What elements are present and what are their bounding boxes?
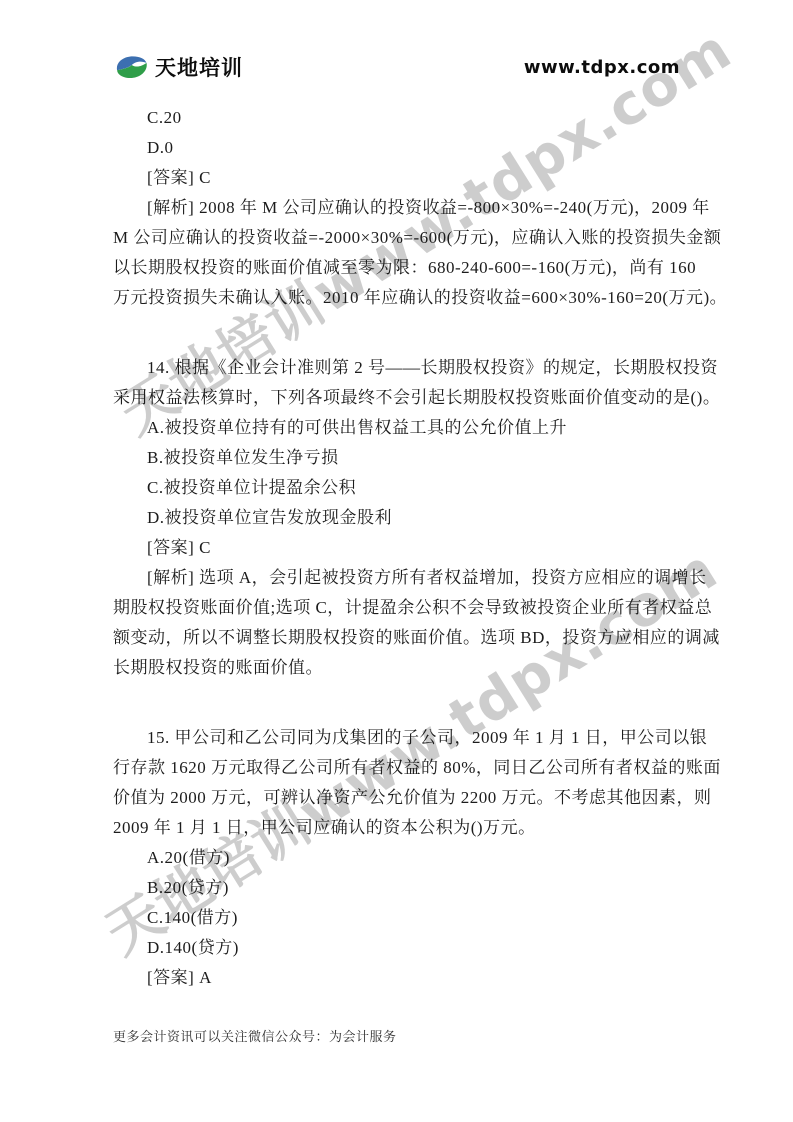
brand-name: 天地培训 <box>155 52 243 82</box>
document-lines: C.20D.0[答案] C[解析] 2008 年 M 公司应确认的投资收益=-8… <box>113 103 680 993</box>
text-line: D.140(贷方) <box>113 933 680 963</box>
footer-note: 更多会计资讯可以关注微信公众号：为会计服务 <box>113 1028 397 1046</box>
text-line: A.20(借方) <box>113 843 680 873</box>
text-line: D.被投资单位宣告发放现金股利 <box>113 503 680 533</box>
text-line: 15. 甲公司和乙公司同为戊集团的子公司，2009 年 1 月 1 日，甲公司以… <box>113 723 680 753</box>
website-url: www.tdpx.com <box>524 57 680 78</box>
text-line: A.被投资单位持有的可供出售权益工具的公允价值上升 <box>113 413 680 443</box>
text-line: M 公司应确认的投资收益=-2000×30%=-600(万元)，应确认入账的投资… <box>113 223 680 253</box>
brand-logo: 天地培训 <box>113 52 243 82</box>
text-line: 价值为 2000 万元，可辨认净资产公允价值为 2200 万元。不考虑其他因素，… <box>113 783 680 813</box>
text-line: C.被投资单位计提盈余公积 <box>113 473 680 503</box>
swirl-leaf-logo-icon <box>113 53 149 81</box>
text-line: 以长期股权投资的账面价值减至零为限：680-240-600=-160(万元)，尚… <box>113 253 680 283</box>
text-line: 万元投资损失未确认入账。2010 年应确认的投资收益=600×30%-160=2… <box>113 283 680 313</box>
document-page: 天地培训www.tdpx.com 天地培训www.tdpx.com 天地培训 w… <box>0 0 793 1122</box>
text-line: 2009 年 1 月 1 日，甲公司应确认的资本公积为()万元。 <box>113 813 680 843</box>
text-line: 额变动，所以不调整长期股权投资的账面价值。选项 BD，投资方应相应的调减 <box>113 623 680 653</box>
text-line: [解析] 选项 A，会引起被投资方所有者权益增加，投资方应相应的调增长 <box>113 563 680 593</box>
text-line: [答案] C <box>113 163 680 193</box>
text-line: B.20(贷方) <box>113 873 680 903</box>
text-line: D.0 <box>113 133 680 163</box>
text-line: 行存款 1620 万元取得乙公司所有者权益的 80%，同日乙公司所有者权益的账面 <box>113 753 680 783</box>
text-line: B.被投资单位发生净亏损 <box>113 443 680 473</box>
text-line: [答案] A <box>113 963 680 993</box>
text-line: 14. 根据《企业会计准则第 2 号——长期股权投资》的规定，长期股权投资 <box>113 353 680 383</box>
text-line: C.20 <box>113 103 680 133</box>
page-header: 天地培训 www.tdpx.com <box>113 50 680 84</box>
text-line: C.140(借方) <box>113 903 680 933</box>
text-line: 采用权益法核算时，下列各项最终不会引起长期股权投资账面价值变动的是()。 <box>113 383 680 413</box>
text-line: [答案] C <box>113 533 680 563</box>
text-line: [解析] 2008 年 M 公司应确认的投资收益=-800×30%=-240(万… <box>113 193 680 223</box>
text-line: 期股权投资账面价值;选项 C，计提盈余公积不会导致被投资企业所有者权益总 <box>113 593 680 623</box>
text-line: 长期股权投资的账面价值。 <box>113 653 680 683</box>
